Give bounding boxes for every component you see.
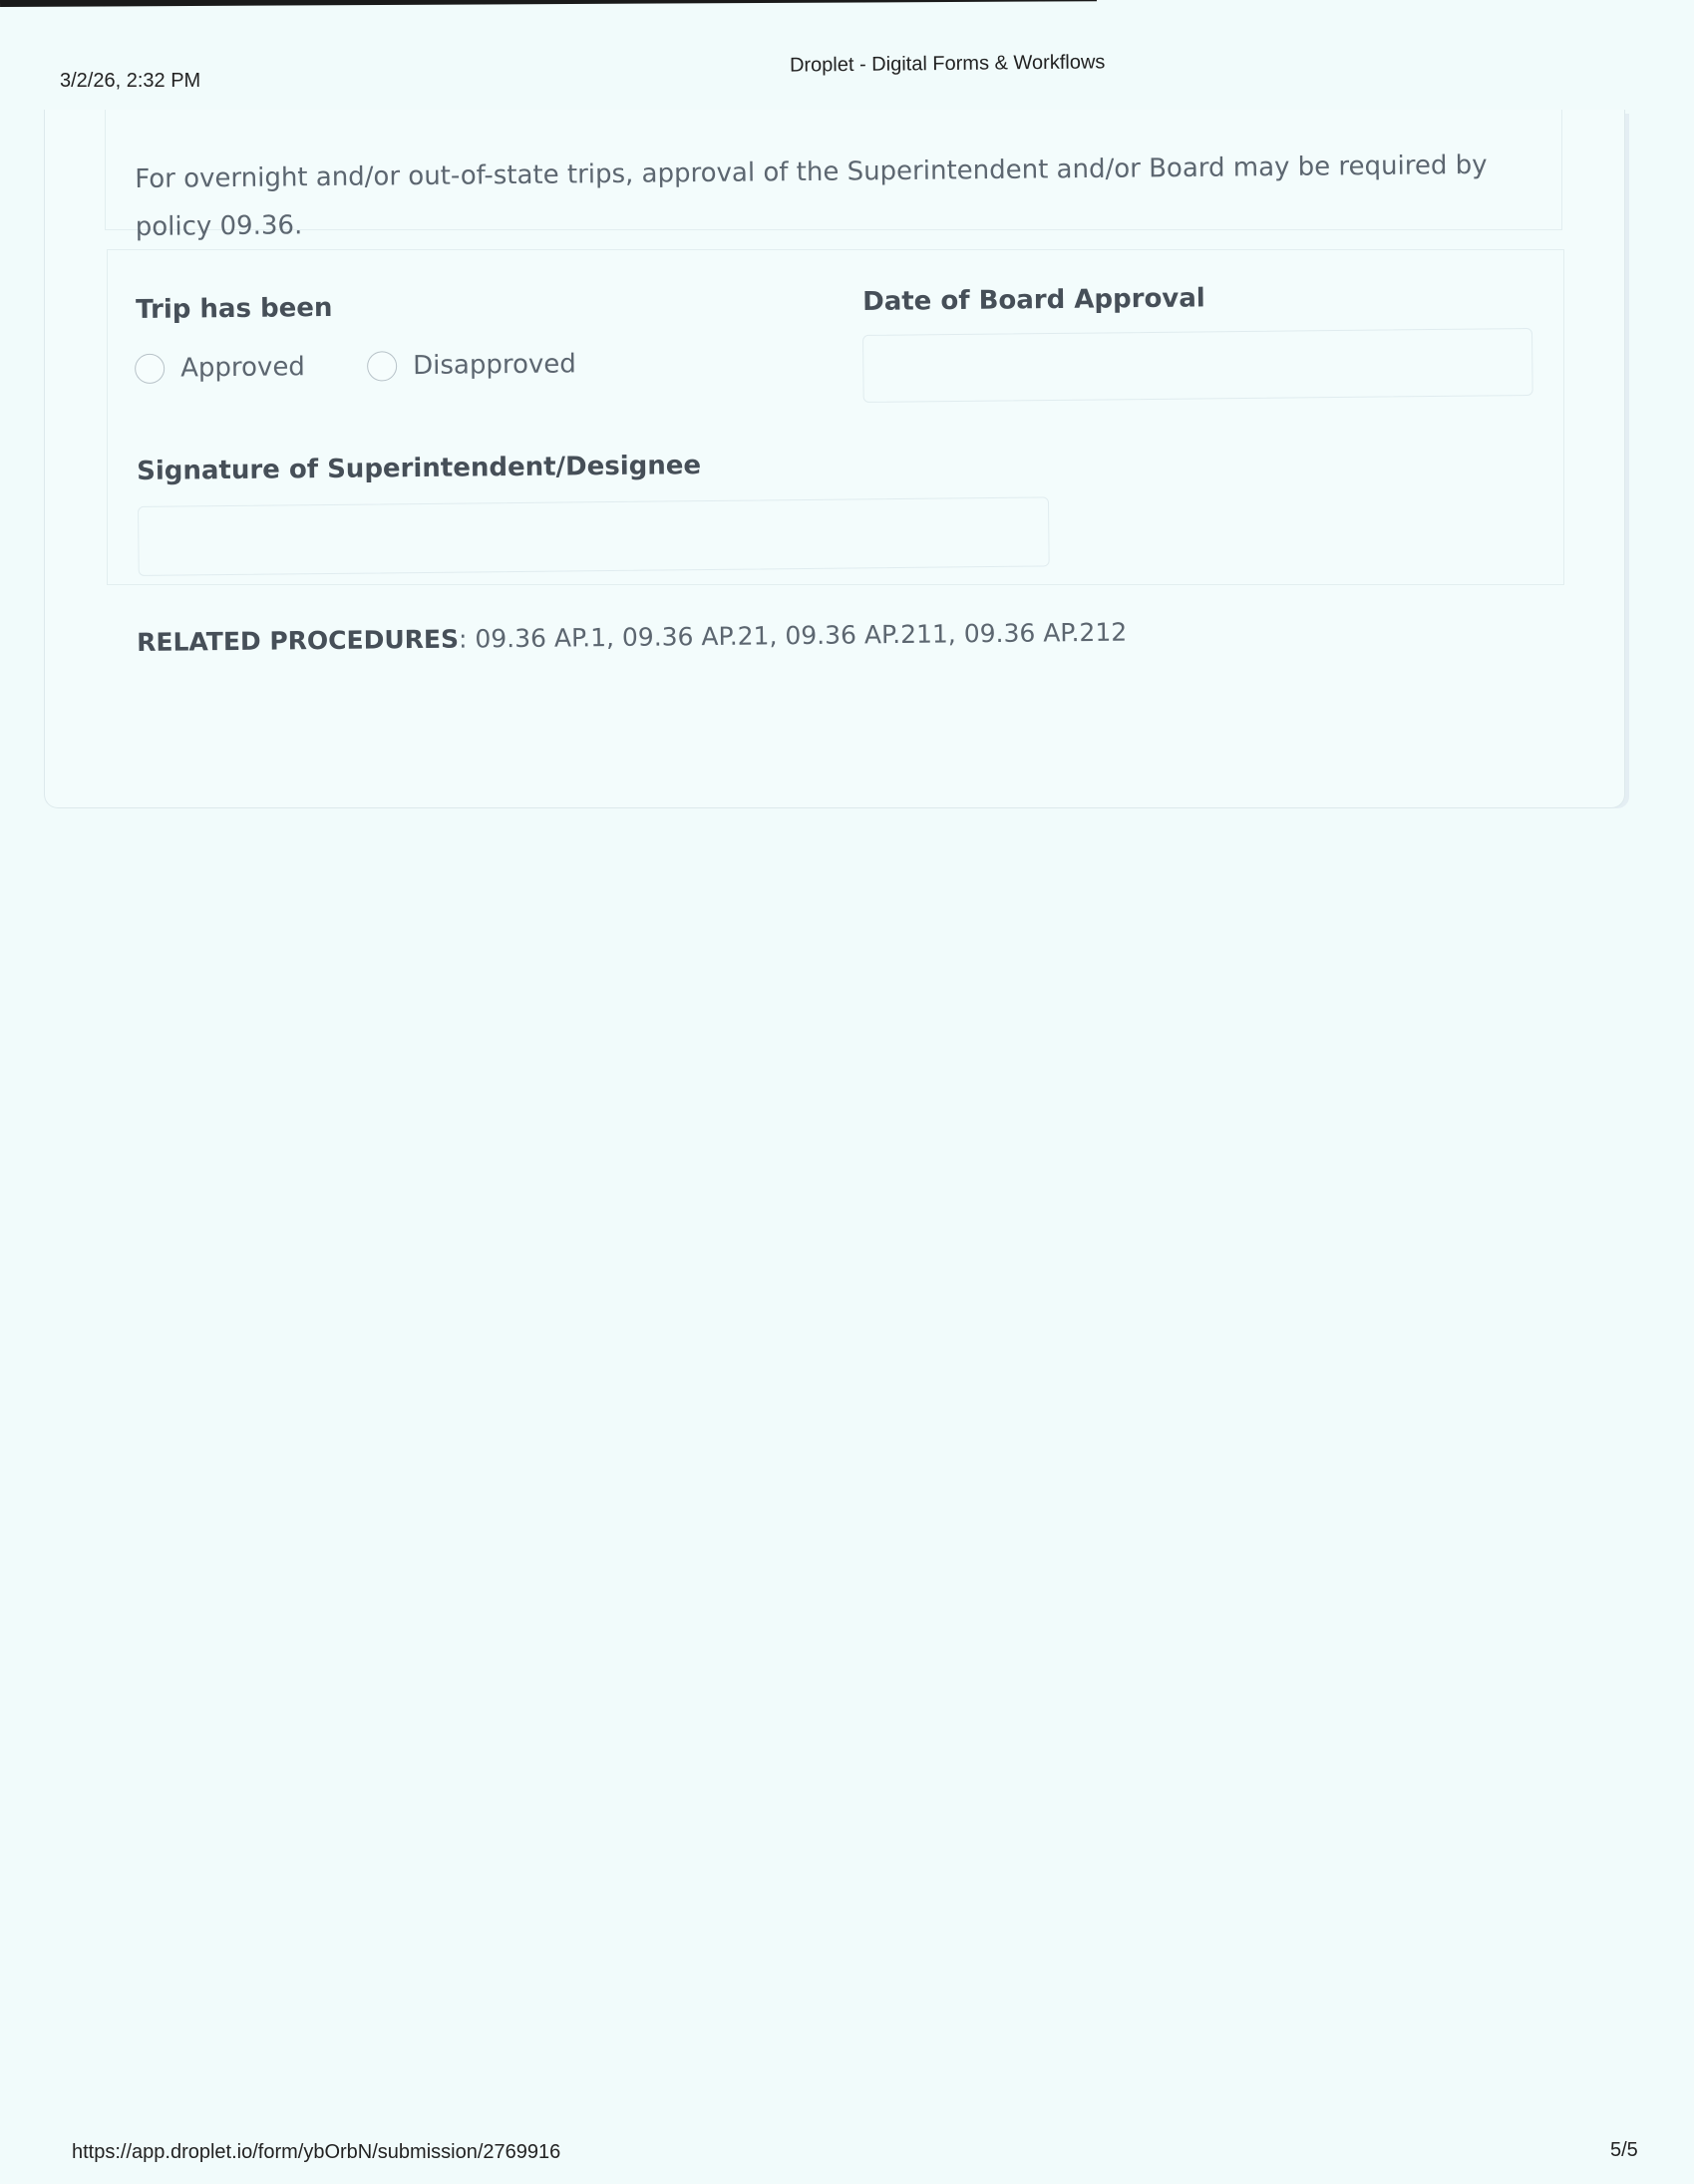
related-procedures: RELATED PROCEDURES: 09.36 AP.1, 09.36 AP… — [137, 618, 1127, 657]
board-approval-date-input[interactable] — [862, 328, 1533, 403]
radio-circle-icon[interactable] — [135, 354, 165, 384]
print-footer-url: https://app.droplet.io/form/ybOrbN/submi… — [72, 2141, 560, 2164]
policy-notice-text: For overnight and/or out-of-state trips,… — [135, 141, 1571, 251]
board-approval-date-label: Date of Board Approval — [862, 283, 1205, 317]
print-page-number: 5/5 — [1610, 2139, 1638, 2162]
form-card: For overnight and/or out-of-state trips,… — [44, 110, 1625, 808]
related-procedures-values: 09.36 AP.1, 09.36 AP.21, 09.36 AP.211, 0… — [475, 618, 1127, 654]
trip-status-label: Trip has been — [136, 293, 333, 325]
radio-circle-icon[interactable] — [367, 351, 397, 381]
signature-label: Signature of Superintendent/Designee — [137, 451, 701, 486]
radio-disapproved-label: Disapproved — [413, 349, 576, 381]
related-procedures-label: RELATED PROCEDURES — [137, 625, 459, 657]
related-procedures-separator: : — [459, 624, 476, 653]
signature-input[interactable] — [138, 496, 1050, 576]
print-page-title: Droplet - Digital Forms & Workflows — [790, 51, 1106, 77]
radio-approved[interactable]: Approved — [135, 352, 305, 384]
radio-approved-label: Approved — [180, 352, 305, 383]
radio-disapproved[interactable]: Disapproved — [367, 349, 576, 381]
scan-edge — [0, 0, 1097, 7]
print-date: 3/2/26, 2:32 PM — [60, 70, 200, 93]
